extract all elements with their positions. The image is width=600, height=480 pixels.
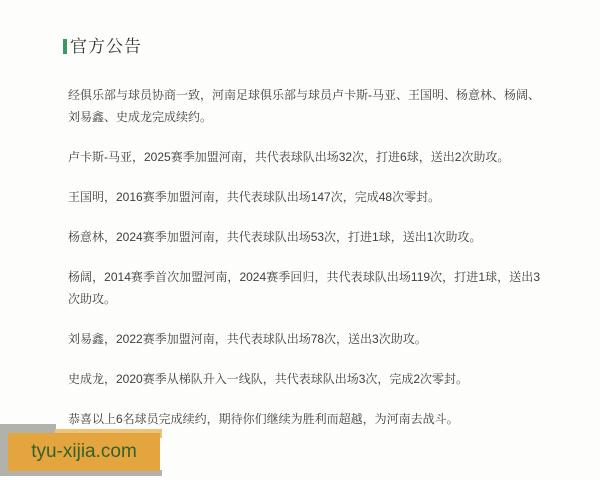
announcement-page: 官方公告 经俱乐部与球员协商一致，河南足球俱乐部与球员卢卡斯-马亚、王国明、杨意… — [0, 0, 600, 480]
watermark-tag: tyu-xijia.com — [8, 433, 160, 471]
announcement-paragraph: 经俱乐部与球员协商一致，河南足球俱乐部与球员卢卡斯-马亚、王国明、杨意林、杨阔、… — [68, 84, 540, 128]
announcement-paragraph: 杨阔，2014赛季首次加盟河南，2024赛季回归，共代表球队出场119次，打进1… — [68, 266, 540, 310]
watermark-url-text: tyu-xijia.com — [31, 441, 137, 462]
announcement-paragraph: 史成龙，2020赛季从梯队升入一线队，共代表球队出场3次，完成2次零封。 — [68, 368, 540, 390]
announcement-paragraph: 杨意林，2024赛季加盟河南，共代表球队出场53次，打进1球，送出1次助攻。 — [68, 226, 540, 248]
announcement-paragraph: 刘易鑫，2022赛季加盟河南，共代表球队出场78次，送出3次助攻。 — [68, 328, 540, 350]
announcement-paragraph: 卢卡斯-马亚，2025赛季加盟河南，共代表球队出场32次，打进6球，送出2次助攻… — [68, 146, 540, 168]
announcement-body: 经俱乐部与球员协商一致，河南足球俱乐部与球员卢卡斯-马亚、王国明、杨意林、杨阔、… — [68, 84, 540, 430]
page-title-text: 官方公告 — [70, 37, 142, 56]
watermark: tyu-xijia.com — [0, 424, 163, 478]
page-title: 官方公告 — [70, 36, 540, 58]
announcement-content: 官方公告 经俱乐部与球员协商一致，河南足球俱乐部与球员卢卡斯-马亚、王国明、杨意… — [68, 36, 540, 448]
title-accent-bar-icon — [63, 39, 67, 54]
announcement-paragraph: 王国明，2016赛季加盟河南，共代表球队出场147次，完成48次零封。 — [68, 186, 540, 208]
